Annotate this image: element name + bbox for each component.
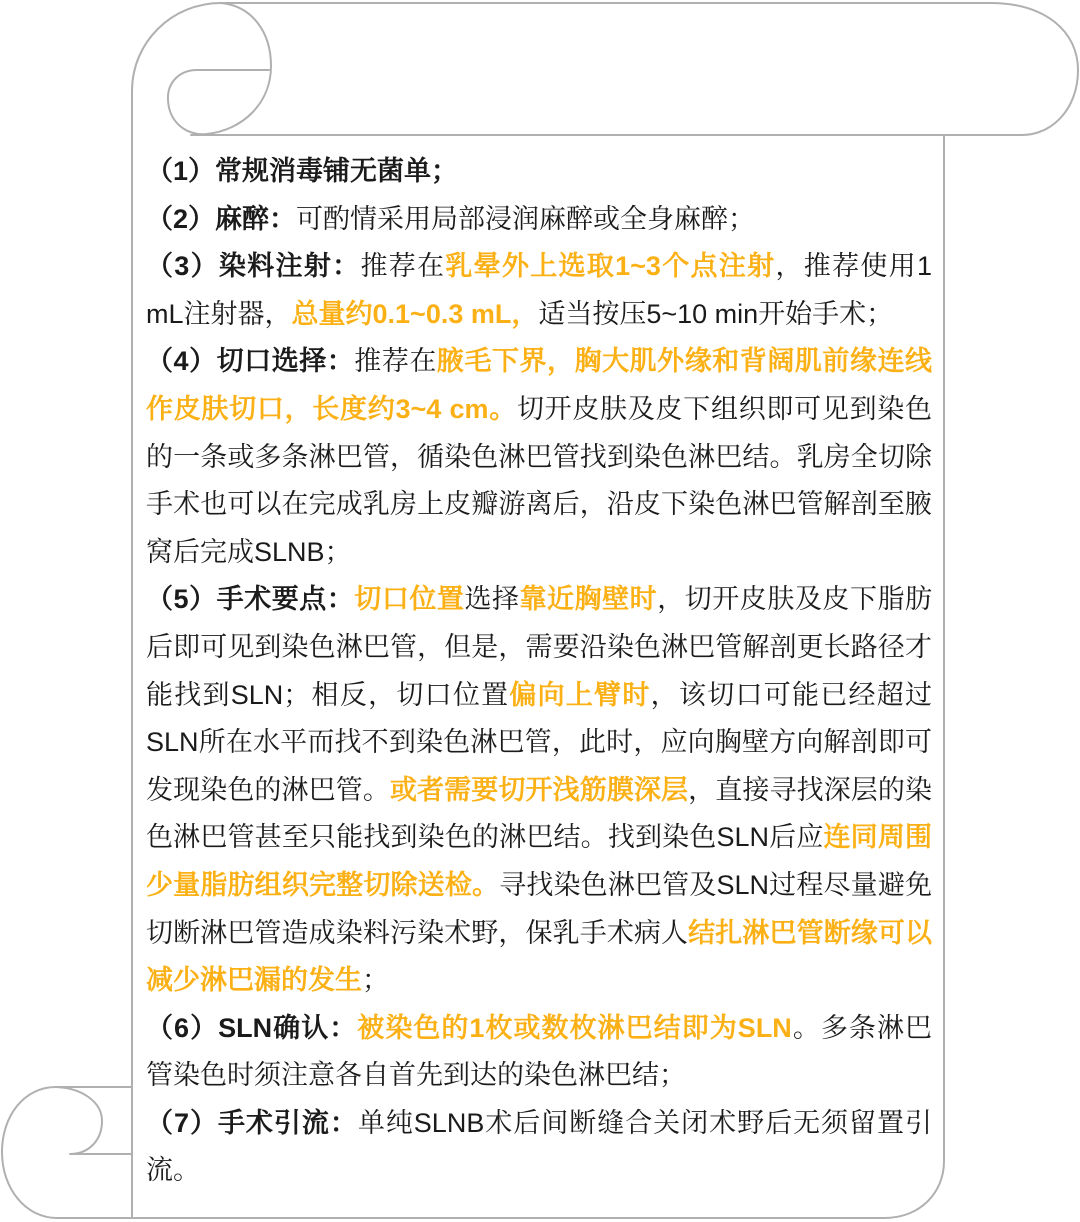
text-segment: ； <box>362 965 389 995</box>
highlighted-text: 被染色的1枚或数枚淋巴结即为SLN <box>357 1013 792 1043</box>
scroll-top-roll <box>191 3 1078 135</box>
text-segment: 可酌情采用局部浸润麻醉或全身麻醉； <box>296 204 755 234</box>
scroll-bottom-curl-inner <box>56 1087 132 1154</box>
highlighted-text: 切口位置 <box>354 584 464 614</box>
text-segment: 推荐在 <box>360 251 445 281</box>
step-label: （3）染料注射： <box>146 251 360 281</box>
procedure-step: （3）染料注射：推荐在乳晕外上选取1~3个点注射，推荐使用1 mL注射器，总量约… <box>146 243 932 338</box>
highlighted-text: 靠近胸壁时 <box>520 584 658 614</box>
scroll-bottom-curl-outer <box>2 1087 57 1218</box>
procedure-step: （6）SLN确认：被染色的1枚或数枚淋巴结即为SLN。多条淋巴管染色时须注意各自… <box>146 1005 932 1100</box>
procedure-step: （1）常规消毒铺无菌单； <box>146 148 932 196</box>
text-segment: 选择 <box>464 584 519 614</box>
scroll-top-curl <box>168 3 271 134</box>
procedure-step: （4）切口选择：推荐在腋毛下界，胸大肌外缘和背阔肌前缘连线作皮肤切口，长度约3~… <box>146 338 932 576</box>
procedure-step: （2）麻醉：可酌情采用局部浸润麻醉或全身麻醉； <box>146 196 932 244</box>
highlighted-text: 乳晕外上选取1~3个点注射 <box>445 251 775 281</box>
procedure-step: （7）手术引流：单纯SLNB术后间断缝合关闭术野后无须留置引流。 <box>146 1100 932 1195</box>
scroll-page: { "colors": { "text": "#1b1b1b", "highli… <box>0 0 1080 1222</box>
document-text: （1）常规消毒铺无菌单；（2）麻醉：可酌情采用局部浸润麻醉或全身麻醉；（3）染料… <box>146 148 932 1195</box>
text-segment: 适当按压5~10 min开始手术； <box>538 299 893 329</box>
highlighted-text: 总量约0.1~0.3 mL， <box>292 299 539 329</box>
step-label: （1）常规消毒铺无菌单； <box>146 156 458 186</box>
step-label: （6）SLN确认： <box>146 1013 357 1043</box>
step-label: （4）切口选择： <box>146 346 354 376</box>
step-label: （2）麻醉： <box>146 204 296 234</box>
highlighted-text: 偏向上臂时 <box>509 680 650 710</box>
step-label: （5）手术要点： <box>146 584 354 614</box>
procedure-step: （5）手术要点：切口位置选择靠近胸壁时，切开皮肤及皮下脂肪后即可见到染色淋巴管，… <box>146 576 932 1004</box>
step-label: （7）手术引流： <box>146 1108 358 1138</box>
highlighted-text: 或者需要切开浅筋膜深层 <box>390 775 688 805</box>
text-segment: 推荐在 <box>354 346 437 376</box>
